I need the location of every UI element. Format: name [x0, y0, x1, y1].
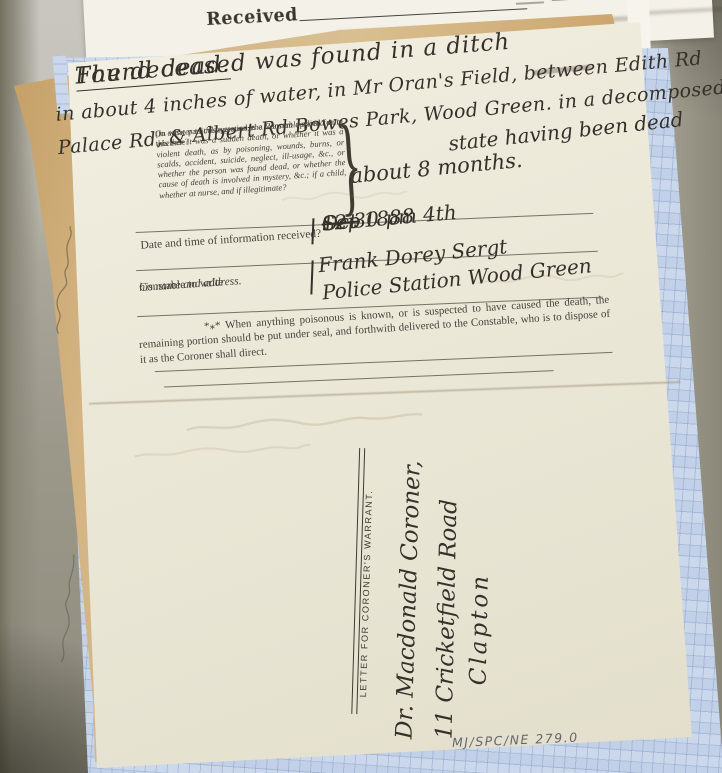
coroner-address-line: Clapton: [465, 554, 494, 705]
warrant-form-content: Found dead. The deceased was found in a …: [40, 19, 706, 773]
poison-note: *⁎* When anything poisonous is known, or…: [138, 293, 612, 367]
coroner-address-line: Dr. Macdonald Coroner,: [391, 449, 426, 750]
question-instruction: (In answer to this question, the Constab…: [155, 116, 347, 200]
warrant-question-block: On what particular ground is a Warrant a…: [155, 116, 343, 128]
note-line: about 8 months.: [349, 148, 523, 188]
date-answer-post: Oct 1888: [321, 204, 416, 236]
constable-label-em: his name and address.: [139, 275, 242, 294]
fold-crease: [89, 381, 681, 405]
answer-bracket: [310, 260, 313, 294]
coroner-address-line: 11 Cricketfield Road: [431, 499, 462, 739]
struck-text-smudge: [516, 1, 544, 4]
rule-line: [164, 370, 554, 387]
obscured-print-line: [645, 7, 722, 15]
received-label: Received: [206, 5, 299, 30]
received-underline: [299, 0, 528, 21]
document-photo: Received with respect to Found dead. The…: [0, 0, 722, 773]
